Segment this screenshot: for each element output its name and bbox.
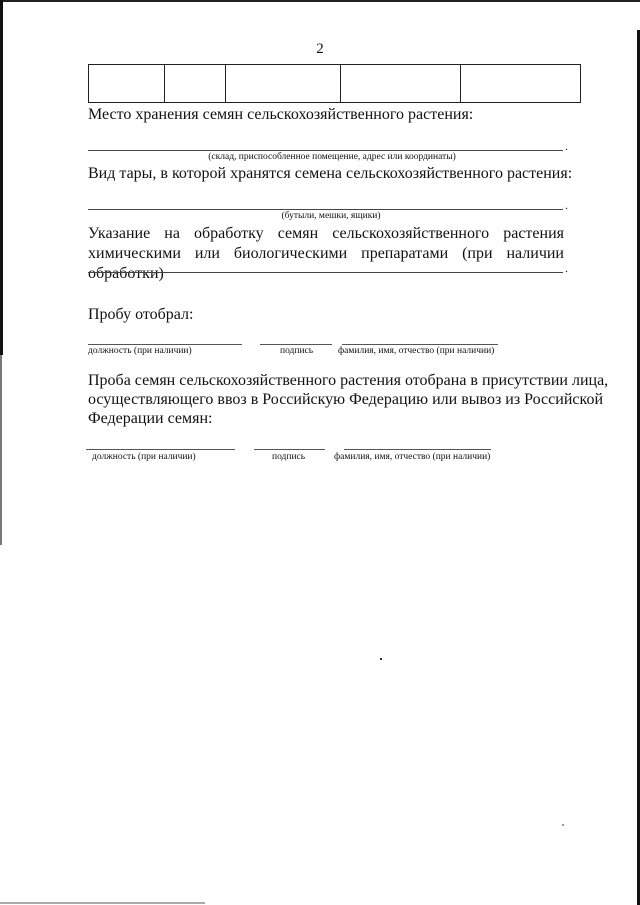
sampler-signature-hint: подпись (280, 346, 313, 356)
treatment-label-line-1: Указание на обработку семян сельскохозяй… (88, 224, 564, 244)
page-number: 2 (316, 41, 324, 58)
scan-speck (380, 658, 382, 660)
witness-name-field[interactable] (344, 449, 491, 450)
storage-label: Место хранения семян сельскохозяйственно… (88, 105, 473, 125)
scan-edge-top (0, 0, 640, 2)
witness-text-line-3: Федерации семян: (88, 409, 212, 429)
witness-name-hint: фамилия, имя, отчество (при наличии) (334, 452, 490, 462)
scan-speck (562, 824, 564, 826)
scan-edge-left-lower (0, 355, 2, 545)
table-cell-5[interactable] (461, 65, 580, 102)
sampler-position-field[interactable] (88, 344, 242, 345)
table-cell-1[interactable] (89, 65, 165, 102)
witness-signature-hint: подпись (272, 452, 305, 462)
continuation-table (88, 64, 581, 103)
table-cell-4[interactable] (341, 65, 461, 102)
scan-edge-left (0, 0, 3, 355)
storage-field[interactable] (88, 150, 563, 151)
treatment-label-line-2: химическими или биологическими препарата… (88, 244, 564, 284)
sampler-label: Пробу отобрал: (88, 305, 193, 325)
treatment-end-mark: . (565, 261, 568, 276)
container-field[interactable] (88, 209, 563, 210)
treatment-field[interactable] (88, 272, 563, 273)
witness-signature-field[interactable] (254, 449, 325, 450)
sampler-name-field[interactable] (342, 344, 498, 345)
scan-edge-bottom (0, 902, 205, 904)
sampler-position-hint: должность (при наличии) (88, 346, 192, 356)
witness-position-field[interactable] (86, 449, 235, 450)
witness-position-hint: должность (при наличии) (92, 452, 196, 462)
container-label: Вид тары, в которой хранятся семена сель… (88, 164, 572, 184)
storage-hint: (склад, приспособленное помещение, адрес… (208, 152, 456, 162)
storage-end-mark: . (565, 139, 568, 154)
sampler-name-hint: фамилия, имя, отчество (при наличии) (338, 346, 494, 356)
witness-text-line-1: Проба семян сельскохозяйственного растен… (88, 371, 608, 391)
table-cell-3[interactable] (226, 65, 341, 102)
sampler-signature-field[interactable] (260, 344, 332, 345)
container-hint: (бутыли, мешки, ящики) (281, 211, 380, 221)
container-end-mark: . (565, 198, 568, 213)
table-cell-2[interactable] (165, 65, 226, 102)
witness-text-line-2: осуществляющего ввоз в Российскую Федера… (88, 390, 603, 410)
